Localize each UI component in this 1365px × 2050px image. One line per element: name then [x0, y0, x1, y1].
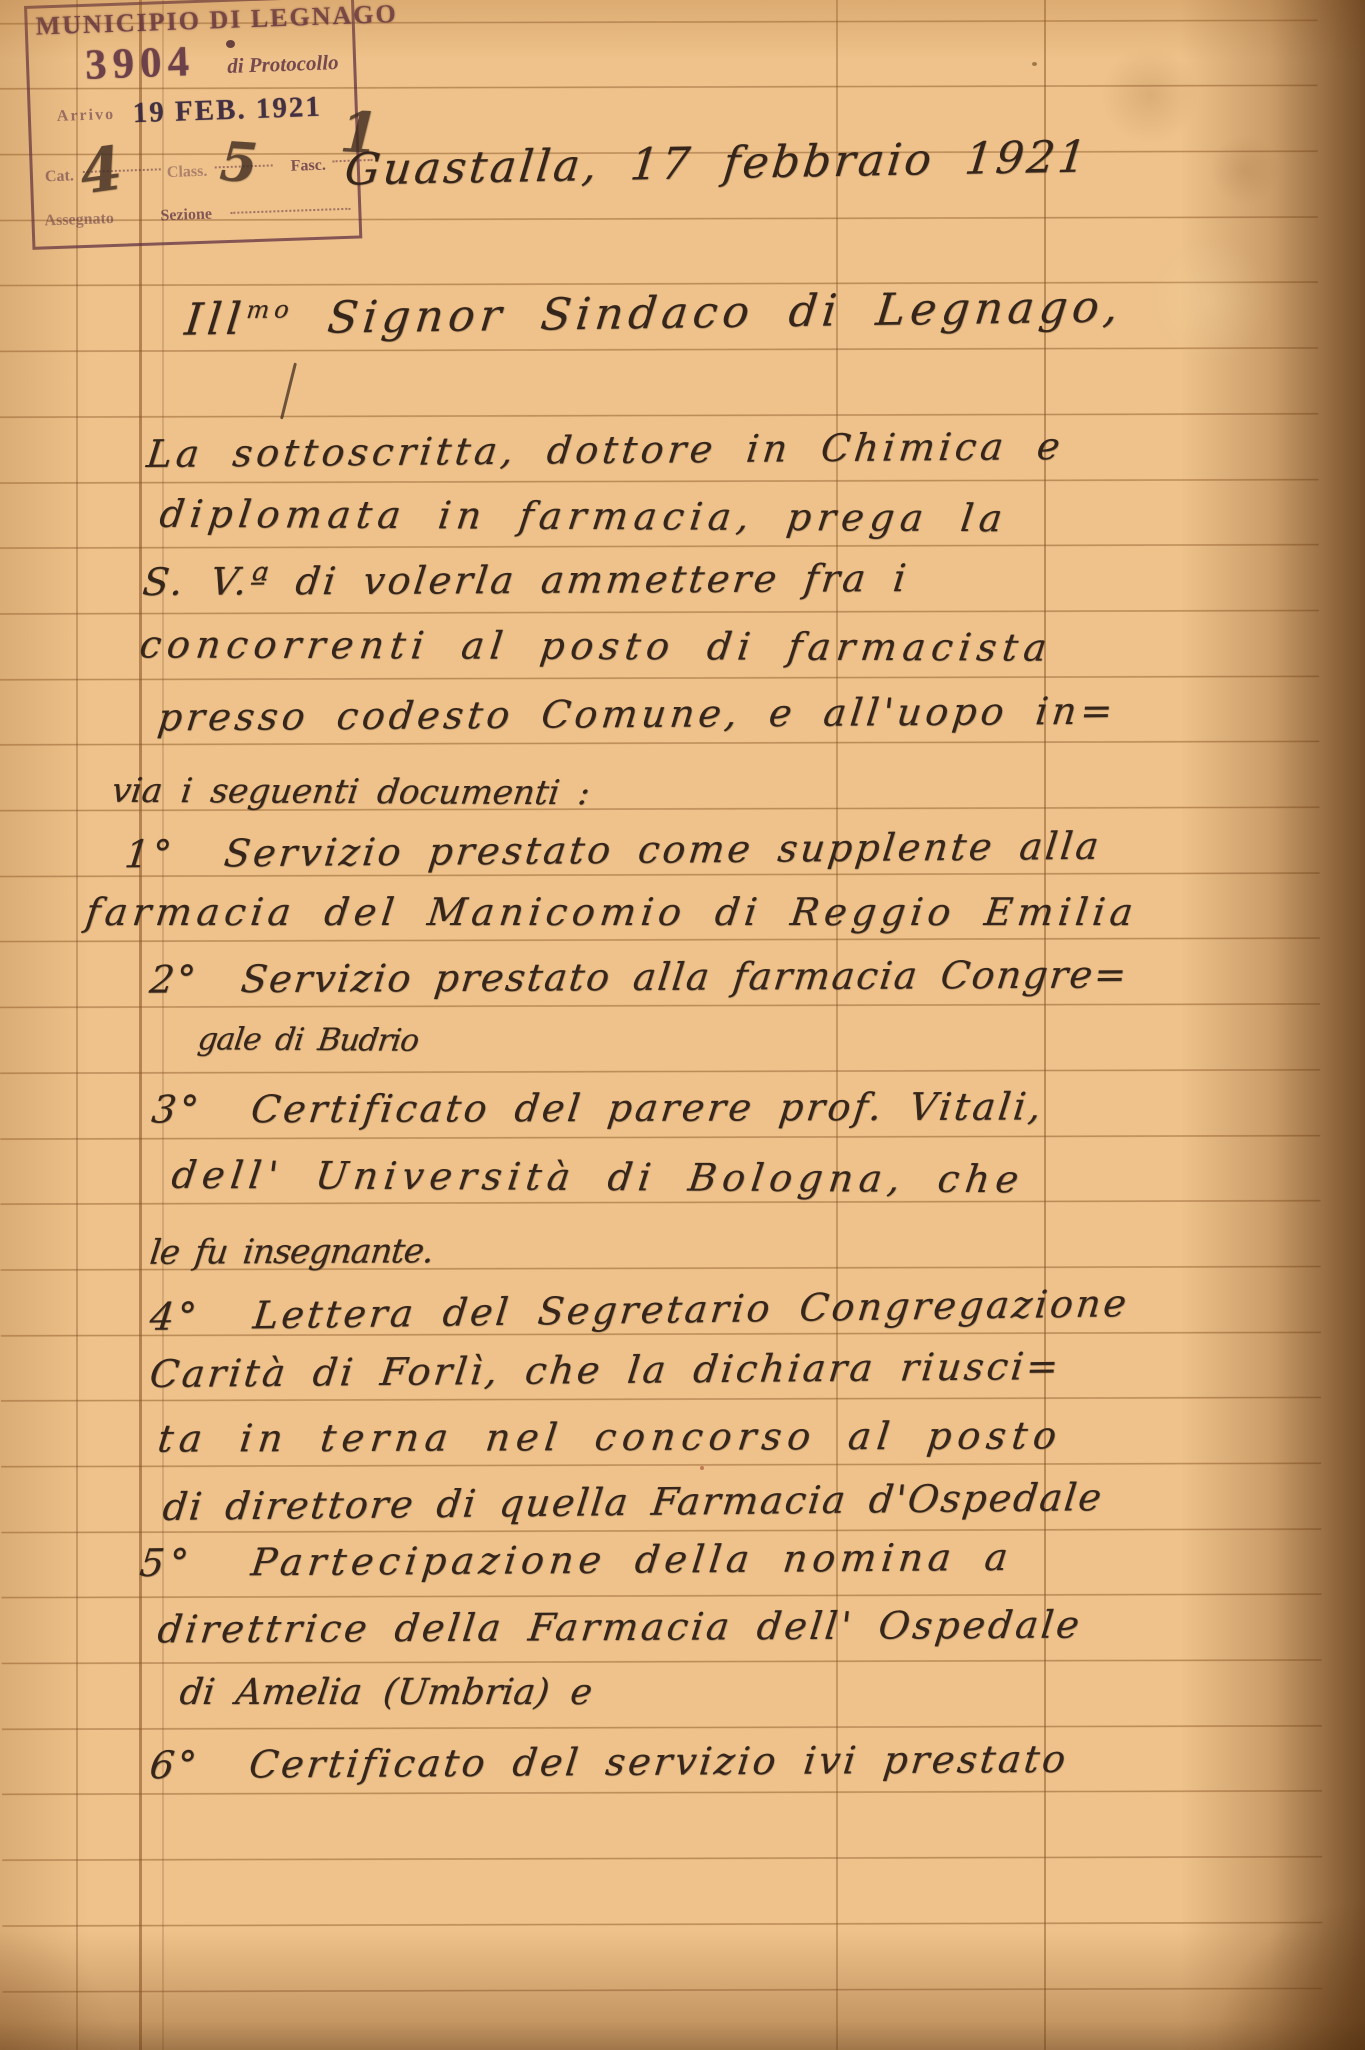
handwritten-line-7: 1° Servizio prestato come supplente alla — [123, 824, 1104, 877]
salutation-superscript: mo — [245, 295, 295, 324]
stamp-municipality-title: MUNICIPIO DI LEGNAGO — [35, 1, 342, 42]
handwritten-line-8: farmacia del Manicomio di Reggio Emilia — [83, 890, 1140, 934]
handwritten-class-value: 5 — [218, 129, 260, 195]
ink-speck — [226, 40, 235, 48]
handwritten-line-13: le fu insegnante. — [148, 1231, 436, 1273]
salutation-rest: Signor Sindaco di Legnago, — [290, 281, 1126, 344]
protocol-stamp: MUNICIPIO DI LEGNAGO 3904 di Protocollo … — [24, 0, 362, 250]
handwritten-line-17: di direttore di quella Farmacia d'Ospeda… — [161, 1475, 1106, 1529]
handwritten-line-18: 5° Partecipazione della nomina a — [137, 1535, 1015, 1585]
stamp-arrival-label: Arrivo — [57, 106, 116, 126]
stamp-protocol-number: 3904 — [84, 37, 196, 90]
stamp-arrival-date: 19 FEB. 1921 — [132, 91, 322, 131]
handwritten-line-6: via i seguenti documenti : — [109, 771, 592, 813]
handwritten-line-11: 3° Certificato del parere prof. Vitali, — [149, 1084, 1046, 1131]
handwritten-line-3: S. V.ª di volerla ammettere fra i — [140, 556, 911, 604]
handwritten-line-16: ta in terna nel concorso al posto — [155, 1413, 1064, 1460]
stamp-protocol-label: di Protocollo — [227, 50, 339, 79]
left-margin-line — [139, 0, 142, 2050]
stamp-class-label: Class. — [167, 163, 208, 182]
handwritten-line-2: diplomata in farmacia, prega la — [157, 492, 1011, 540]
handwritten-line-1: La sottoscritta, dottore in Chimica e — [145, 424, 1067, 476]
left-page-edge-line — [76, 0, 78, 2050]
handwritten-line-14: 4° Lettera del Segretario Congregazione — [148, 1281, 1132, 1339]
stamp-section-label: Sezione — [160, 206, 212, 226]
handwritten-line-9: 2° Servizio prestato alla farmacia Congr… — [147, 952, 1130, 1001]
salutation-prefix: Ill — [182, 294, 248, 346]
pen-flourish-stroke — [280, 362, 297, 419]
handwritten-line-15: Carità di Forlì, che la dichiara riusci= — [148, 1344, 1064, 1396]
ink-speck — [700, 1466, 704, 1470]
handwritten-line-4: concorrenti al posto di farmacista — [137, 622, 1055, 669]
handwritten-salutation: Illmo Signor Sindaco di Legnago, — [182, 281, 1125, 345]
stamp-assigned-label: Assegnato — [44, 210, 114, 230]
handwritten-line-19: direttrice della Farmacia dell' Ospedale — [155, 1603, 1084, 1652]
handwritten-line-21: 6° Certificato del servizio ivi prestato — [147, 1737, 1070, 1787]
handwritten-line-20: di Amelia (Umbria) e — [177, 1672, 594, 1713]
ink-speck — [1032, 62, 1037, 66]
handwritten-line-5: presso codesto Comune, e all'uopo in= — [155, 689, 1118, 740]
scanned-letter-page: MUNICIPIO DI LEGNAGO 3904 di Protocollo … — [0, 0, 1365, 2050]
handwritten-dateline: Guastalla, 17 febbraio 1921 — [342, 131, 1091, 195]
handwritten-line-12: dell' Università di Bologna, che — [169, 1153, 1027, 1201]
handwritten-line-10: gale di Budrio — [196, 1021, 421, 1059]
stamp-category-label: Cat. — [45, 167, 75, 186]
stamp-fascicle-label: Fasc. — [290, 157, 326, 176]
dotted-leader — [230, 194, 350, 214]
